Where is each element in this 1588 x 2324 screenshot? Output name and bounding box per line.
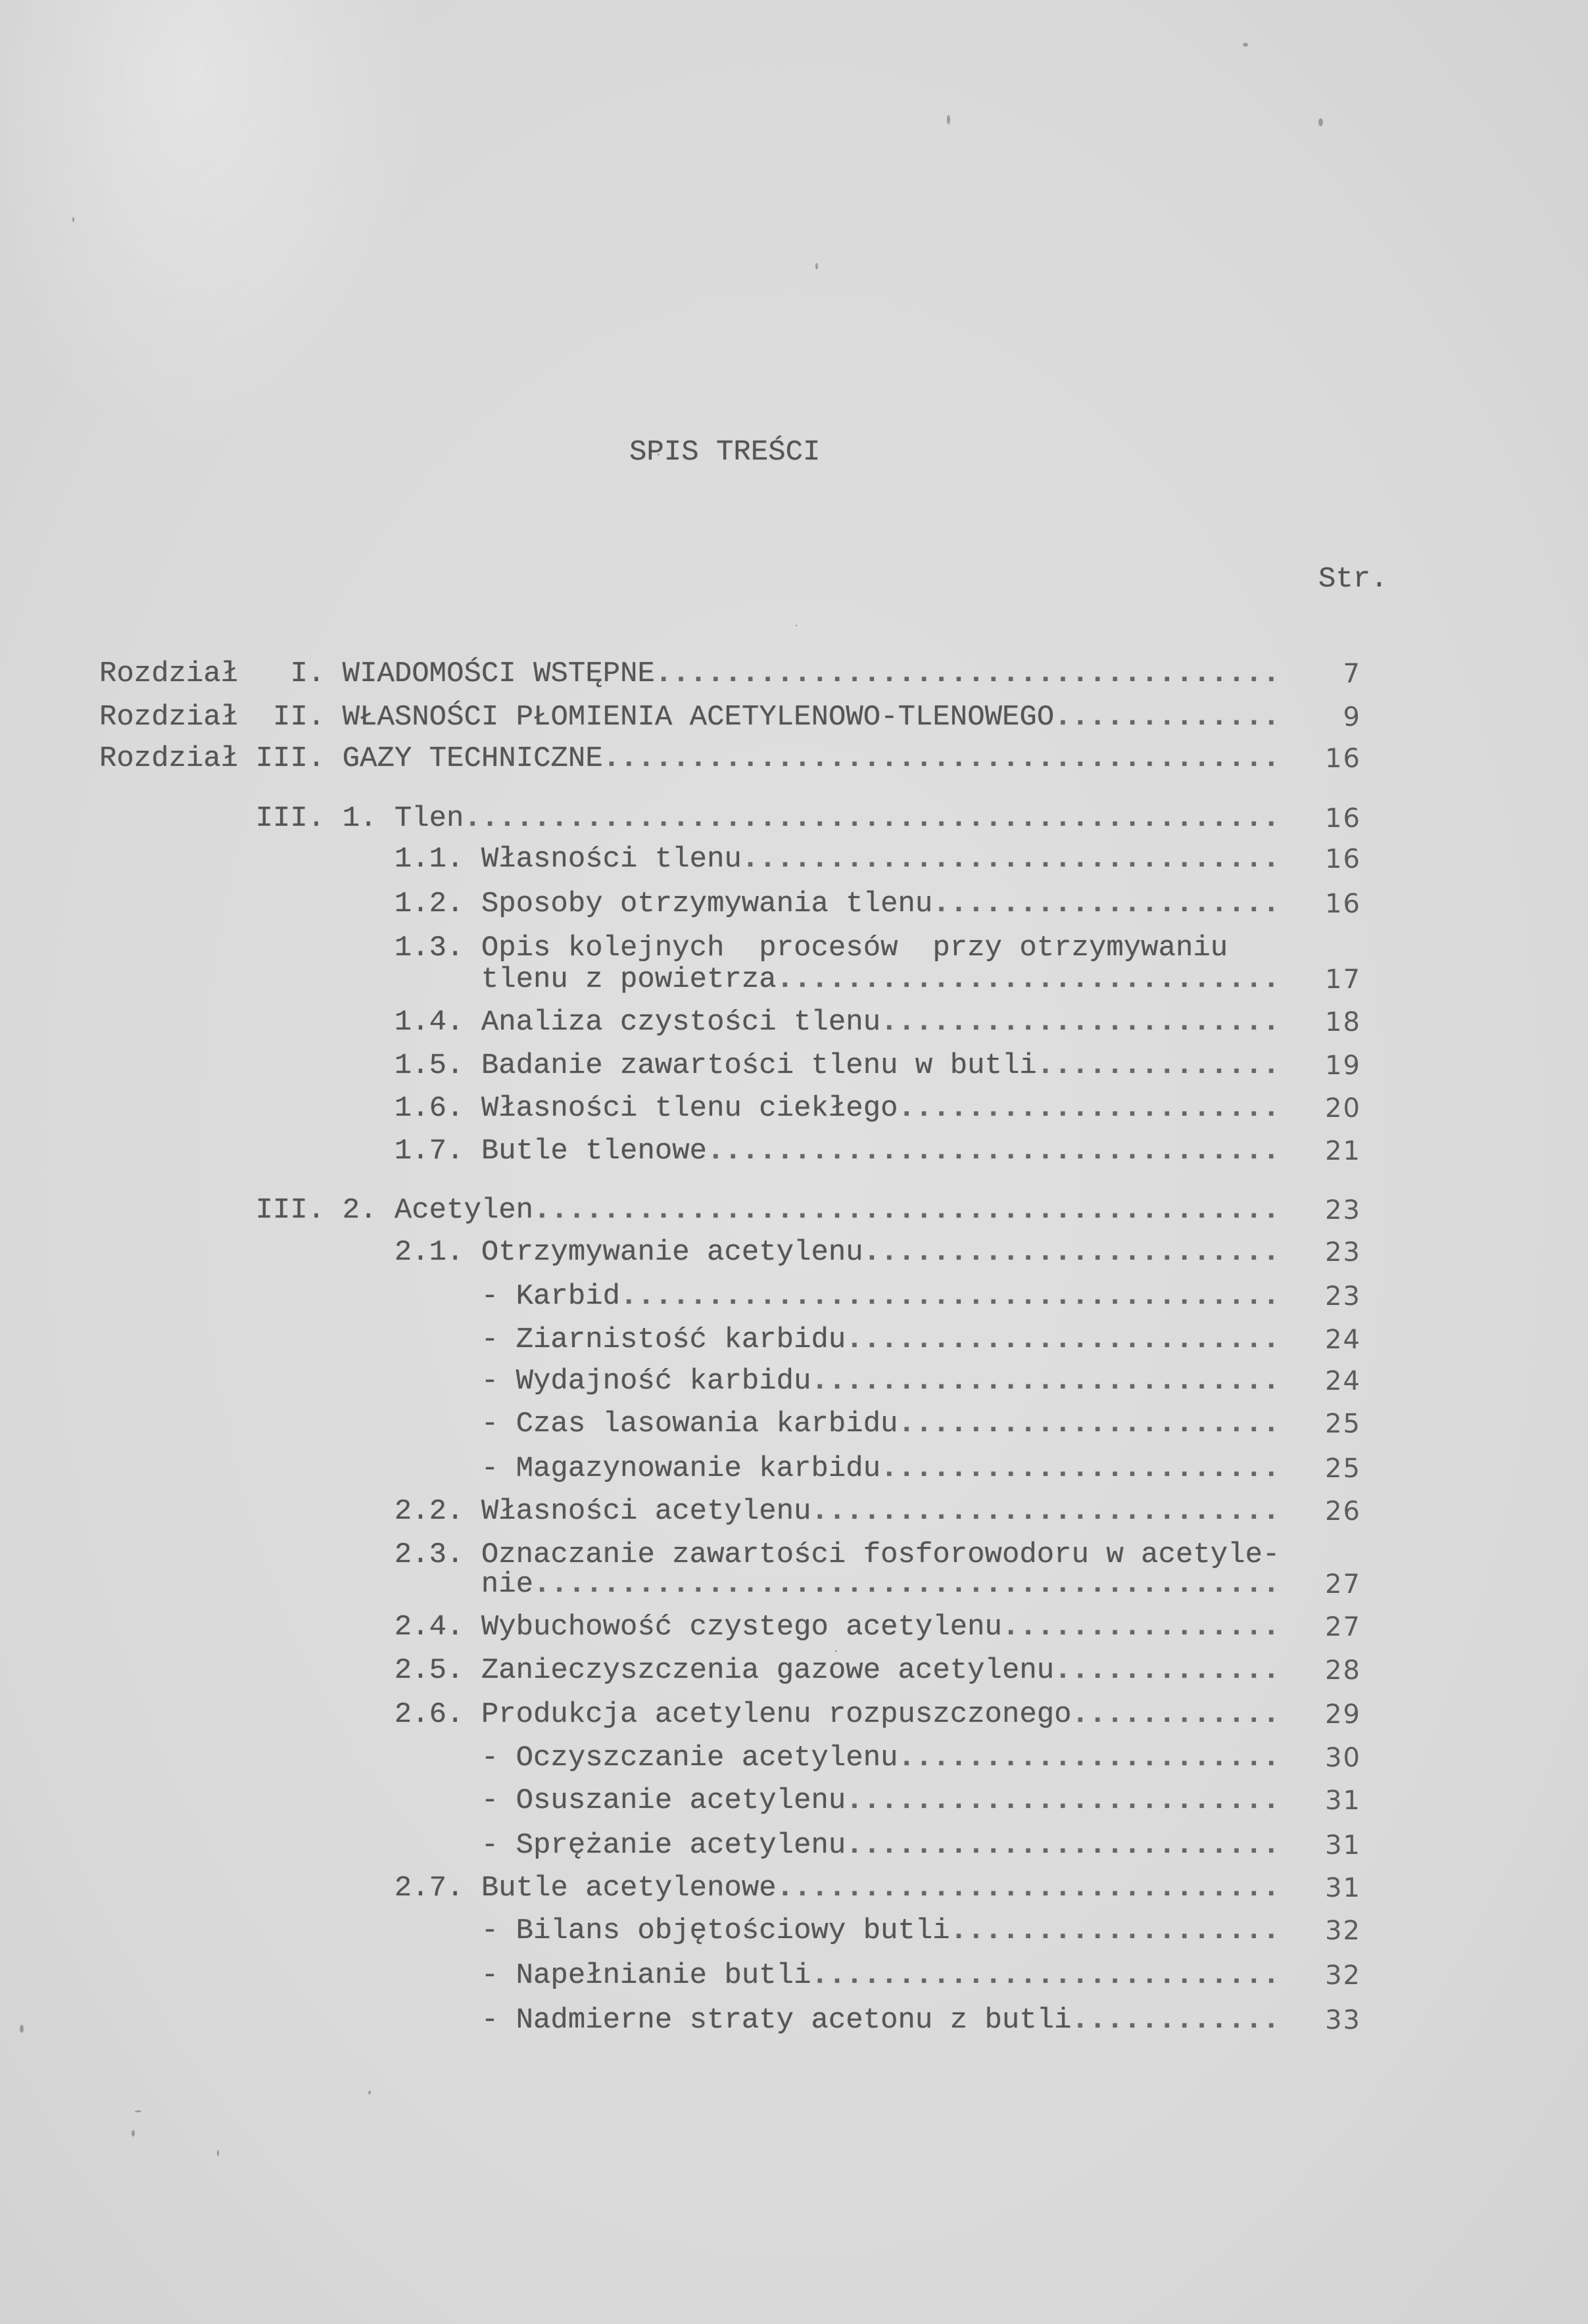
dot-leader: ........................................… <box>533 1196 1282 1225</box>
paper-speck <box>1318 118 1323 126</box>
toc-entry-page-number: 24 <box>1315 1325 1361 1354</box>
dot-leader: ........................................… <box>1002 1613 1282 1642</box>
dot-leader: ........................................… <box>898 1410 1282 1438</box>
toc-entry-title: 1.2. Sposoby otrzymywania tlenu <box>395 889 933 918</box>
toc-entry-page-number: 23 <box>1315 1196 1361 1225</box>
toc-entry-title: 2.3. Oznaczanie zawartości fosforowodoru… <box>395 1540 1280 1569</box>
dot-leader: ........................................… <box>811 1367 1282 1396</box>
dot-leader: ........................................… <box>707 1137 1282 1166</box>
toc-entry: 1.4. Analiza czystości tlenu ...........… <box>395 1008 1282 1037</box>
paper-speck <box>1243 43 1248 47</box>
toc-entry-page-number: 30 <box>1315 1743 1361 1772</box>
toc-entry: - Nadmierne straty acetonu z butli .....… <box>481 2006 1282 2035</box>
toc-entry-title: 1.1. Własności tlenu <box>395 845 742 874</box>
toc-entry: 2.1. Otrzymywanie acetylenu ............… <box>395 1238 1282 1267</box>
toc-entry-title: - Wydajność karbidu <box>481 1367 811 1396</box>
dot-leader: ........................................… <box>1072 2006 1282 2035</box>
dot-leader: ........................................… <box>811 1497 1282 1526</box>
toc-entry-page-number: 27 <box>1315 1613 1361 1642</box>
paper-speck <box>135 2110 141 2112</box>
toc-entry-title: - Osuszanie acetylenu <box>481 1786 846 1815</box>
toc-entry-page-number: 32 <box>1315 1916 1361 1945</box>
toc-entry: - Sprężanie acetylenu ..................… <box>481 1831 1282 1860</box>
dot-leader: ........................................… <box>655 659 1282 688</box>
toc-entry-page-number: 16 <box>1315 804 1361 833</box>
paper-speck <box>217 2150 219 2156</box>
toc-entry-page-number: 19 <box>1315 1051 1361 1080</box>
page-title: SPIS TREŚCI <box>629 438 820 467</box>
toc-entry-title: - Napełnianie butli <box>481 1961 811 1990</box>
dot-leader: ........................................… <box>880 1008 1282 1037</box>
paper-speck <box>368 2091 371 2095</box>
dot-leader: ........................................… <box>863 1238 1282 1267</box>
dot-leader: ........................................… <box>603 744 1282 773</box>
toc-entry-title: Rozdział I. WIADOMOŚCI WSTĘPNE <box>99 659 655 688</box>
toc-entry-title: - Ziarnistość karbidu <box>481 1325 846 1354</box>
dot-leader: ........................................… <box>846 1786 1282 1815</box>
paper-speck <box>20 2025 24 2033</box>
toc-entry: - Napełnianie butli ....................… <box>481 1961 1282 1990</box>
toc-entry: III. 1. Tlen ...........................… <box>256 804 1282 833</box>
paper-speck <box>72 217 74 222</box>
toc-entry-page-number: 17 <box>1315 965 1361 994</box>
toc-entry: - Karbid ...............................… <box>481 1282 1282 1311</box>
dot-leader: ........................................… <box>932 889 1282 918</box>
toc-entry-title: 2.2. Własności acetylenu <box>395 1497 811 1526</box>
dot-leader: ........................................… <box>742 845 1282 874</box>
toc-entry-page-number: 29 <box>1315 1700 1361 1729</box>
toc-entry: 2.3. Oznaczanie zawartości fosforowodoru… <box>395 1540 1249 1569</box>
toc-entry: - Ziarnistość karbidu ..................… <box>481 1325 1282 1354</box>
dot-leader: ........................................… <box>950 1916 1282 1945</box>
toc-entry-page-number: 20 <box>1315 1094 1361 1123</box>
toc-entry: 1.5. Badanie zawartości tlenu w butli ..… <box>395 1051 1282 1080</box>
toc-entry: nie ....................................… <box>481 1570 1282 1599</box>
toc-entry-page-number: 33 <box>1315 2006 1361 2035</box>
toc-entry-page-number: 31 <box>1315 1786 1361 1815</box>
toc-entry-title: III. 2. Acetylen <box>256 1196 533 1225</box>
toc-entry-page-number: 27 <box>1315 1570 1361 1599</box>
toc-entry-title: - Sprężanie acetylenu <box>481 1831 846 1860</box>
paper-speck <box>815 263 818 270</box>
toc-entry: - Czas lasowania karbidu ...............… <box>481 1410 1282 1438</box>
toc-entry: Rozdział I. WIADOMOŚCI WSTĘPNE .........… <box>99 659 1282 688</box>
toc-entry-title: 1.4. Analiza czystości tlenu <box>395 1008 880 1037</box>
dot-leader: ........................................… <box>777 965 1282 994</box>
toc-entry-title: 1.5. Badanie zawartości tlenu w butli <box>395 1051 1037 1080</box>
toc-entry-page-number: 25 <box>1315 1410 1361 1438</box>
toc-entry-title: nie <box>481 1570 533 1599</box>
dot-leader: ........................................… <box>1037 1051 1282 1080</box>
toc-entry-page-number: 16 <box>1315 845 1361 874</box>
toc-entry-title: III. 1. Tlen <box>256 804 464 833</box>
toc-entry-title: 2.4. Wybuchowość czystego acetylenu <box>395 1613 1002 1642</box>
dot-leader: ........................................… <box>898 1094 1282 1123</box>
toc-entry: - Bilans objętościowy butli ............… <box>481 1916 1282 1945</box>
toc-entry-page-number: 25 <box>1315 1454 1361 1483</box>
toc-entry: III. 2. Acetylen .......................… <box>256 1196 1282 1225</box>
toc-entry-page-number: 31 <box>1315 1874 1361 1903</box>
dot-leader: ........................................… <box>620 1282 1282 1311</box>
toc-entry: 1.6. Własności tlenu ciekłego ..........… <box>395 1094 1282 1123</box>
toc-entry-title: - Oczyszczanie acetylenu <box>481 1743 898 1772</box>
toc-entry-title: - Nadmierne straty acetonu z butli <box>481 2006 1072 2035</box>
toc-entry-title: 1.7. Butle tlenowe <box>395 1137 707 1166</box>
toc-entry-page-number: 21 <box>1315 1137 1361 1166</box>
dot-leader: ........................................… <box>1054 1656 1282 1685</box>
toc-entry-page-number: 7 <box>1315 659 1361 688</box>
dot-leader: ........................................… <box>846 1325 1282 1354</box>
toc-entry-title: 2.1. Otrzymywanie acetylenu <box>395 1238 863 1267</box>
dot-leader: ........................................… <box>898 1743 1282 1772</box>
toc-entry-title: 2.7. Butle acetylenowe <box>395 1874 777 1903</box>
toc-entry: 2.7. Butle acetylenowe .................… <box>395 1874 1282 1903</box>
toc-entry-page-number: 23 <box>1315 1282 1361 1311</box>
toc-entry-page-number: 26 <box>1315 1497 1361 1526</box>
toc-entry-page-number: 24 <box>1315 1367 1361 1396</box>
toc-entry: 1.1. Własności tlenu ...................… <box>395 845 1282 874</box>
toc-entry-title: 2.5. Zanieczyszczenia gazowe acetylenu <box>395 1656 1054 1685</box>
dot-leader: ........................................… <box>1054 703 1282 732</box>
toc-entry: - Osuszanie acetylenu ..................… <box>481 1786 1282 1815</box>
toc-entry-page-number: 16 <box>1315 889 1361 918</box>
toc-entry-page-number: 16 <box>1315 744 1361 773</box>
toc-entry: 2.5. Zanieczyszczenia gazowe acetylenu .… <box>395 1656 1282 1685</box>
toc-entry-title: - Karbid <box>481 1282 620 1311</box>
toc-entry: 2.2. Własności acetylenu ...............… <box>395 1497 1282 1526</box>
dot-leader: ........................................… <box>777 1874 1282 1903</box>
toc-entry-page-number: 32 <box>1315 1961 1361 1990</box>
toc-entry-title: Rozdział II. WŁASNOŚCI PŁOMIENIA ACETYLE… <box>99 703 1054 732</box>
dot-leader: ........................................… <box>811 1961 1282 1990</box>
paper-speck <box>796 625 797 627</box>
toc-entry-title: - Czas lasowania karbidu <box>481 1410 898 1438</box>
toc-entry-title: - Magazynowanie karbidu <box>481 1454 880 1483</box>
dot-leader: ........................................… <box>1072 1700 1282 1729</box>
toc-entry: - Magazynowanie karbidu ................… <box>481 1454 1282 1483</box>
toc-entry-page-number: 23 <box>1315 1238 1361 1267</box>
toc-entry: 1.7. Butle tlenowe .....................… <box>395 1137 1282 1166</box>
paper-speck <box>132 2130 135 2137</box>
toc-entry-title: 1.3. Opis kolejnych procesów przy otrzym… <box>395 934 1228 962</box>
dot-leader: ........................................… <box>846 1831 1282 1860</box>
toc-entry-page-number: 28 <box>1315 1656 1361 1685</box>
toc-entry-page-number: 9 <box>1315 703 1361 732</box>
toc-entry-page-number: 18 <box>1315 1008 1361 1037</box>
dot-leader: ........................................… <box>880 1454 1282 1483</box>
toc-entry: tlenu z powietrza ......................… <box>481 965 1282 994</box>
dot-leader: ........................................… <box>464 804 1282 833</box>
toc-entry: 2.4. Wybuchowość czystego acetylenu ....… <box>395 1613 1282 1642</box>
toc-entry: 1.3. Opis kolejnych procesów przy otrzym… <box>395 934 1249 962</box>
toc-entry: - Oczyszczanie acetylenu ...............… <box>481 1743 1282 1772</box>
page-column-header: Str. <box>1318 565 1388 594</box>
paper-speck <box>835 1650 837 1652</box>
toc-entry: Rozdział II. WŁASNOŚCI PŁOMIENIA ACETYLE… <box>99 703 1282 732</box>
toc-entry: Rozdział III. GAZY TECHNICZNE ..........… <box>99 744 1282 773</box>
toc-entry-title: - Bilans objętościowy butli <box>481 1916 950 1945</box>
toc-entry-title: 1.6. Własności tlenu ciekłego <box>395 1094 898 1123</box>
toc-entry-title: tlenu z powietrza <box>481 965 777 994</box>
toc-entry: 1.2. Sposoby otrzymywania tlenu ........… <box>395 889 1282 918</box>
paper-speck <box>947 115 950 124</box>
toc-entry-title: Rozdział III. GAZY TECHNICZNE <box>99 744 603 773</box>
toc-entry: 2.6. Produkcja acetylenu rozpuszczonego … <box>395 1700 1282 1729</box>
toc-entry-page-number: 31 <box>1315 1831 1361 1860</box>
toc-entry-title: 2.6. Produkcja acetylenu rozpuszczonego <box>395 1700 1072 1729</box>
dot-leader: ........................................… <box>533 1570 1282 1599</box>
toc-entry: - Wydajność karbidu ....................… <box>481 1367 1282 1396</box>
